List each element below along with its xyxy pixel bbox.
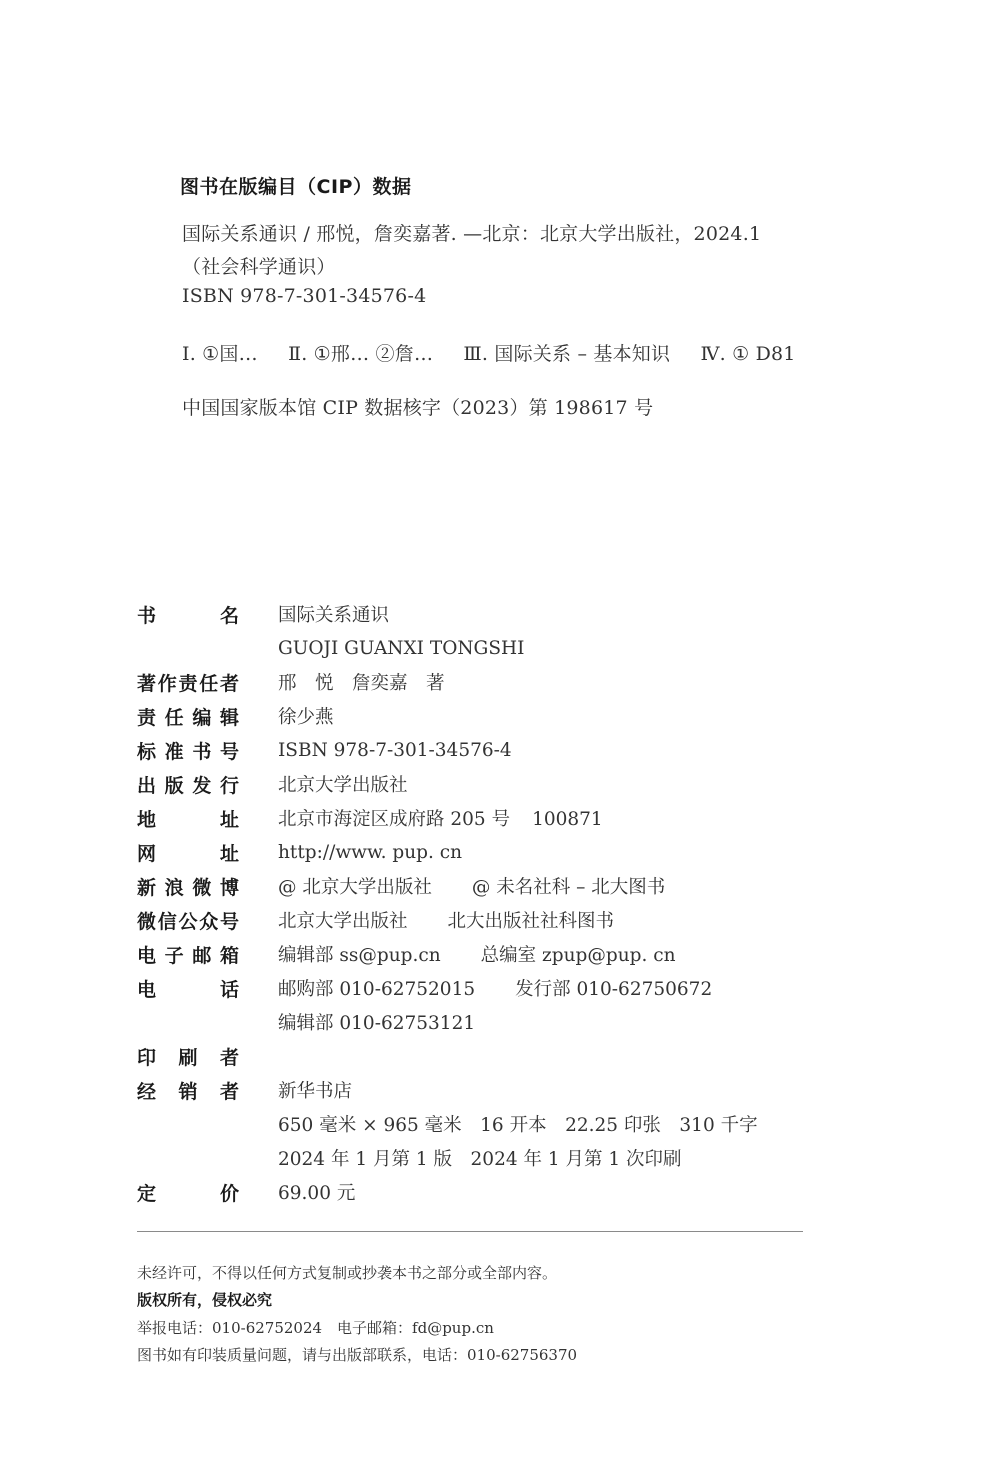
row-printer: 印刷者 (137, 1039, 239, 1073)
cip-number: 中国国家版本馆 CIP 数据核字（2023）第 198617 号 (182, 393, 653, 420)
address-text: 北京市海淀区成府路 205 号 (278, 809, 510, 830)
divider (137, 1231, 803, 1232)
phone-2: 发行部 010-62750672 (515, 979, 712, 1000)
phone-1: 邮购部 010-62752015 (278, 979, 475, 1000)
value-authors: 邢 悦 詹奕嘉 著 (278, 669, 445, 695)
row-specs: 650 毫米 × 965 毫米 16 开本 22.25 印张 310 千字 (137, 1107, 239, 1141)
classification-2: Ⅱ. ①邢… ②詹… (288, 339, 433, 366)
value-book-title-pinyin: GUOJI GUANXI TONGSHI (278, 638, 524, 659)
row-editor: 责任编辑 徐少燕 (137, 699, 239, 733)
value-specs: 650 毫米 × 965 毫米 16 开本 22.25 印张 310 千字 (278, 1111, 758, 1137)
label-editor: 责任编辑 (137, 703, 239, 730)
value-distributor: 新华书店 (278, 1077, 352, 1103)
cip-classification: Ⅰ. ①国… Ⅱ. ①邢… ②詹… Ⅲ. 国际关系 – 基本知识 Ⅳ. ① D8… (182, 339, 796, 366)
cip-isbn: ISBN 978-7-301-34576-4 (182, 285, 426, 307)
classification-3: Ⅲ. 国际关系 – 基本知识 (463, 339, 670, 366)
value-weibo: @ 北京大学出版社@ 未名社科 – 北大图书 (278, 873, 665, 899)
report-contact: 举报电话：010-62752024 电子邮箱：fd@pup.cn (137, 1317, 494, 1338)
row-authors: 著作责任者 邢 悦 詹奕嘉 著 (137, 665, 239, 699)
value-website: http://www. pup. cn (278, 842, 462, 863)
value-email: 编辑部 ss@pup.cn总编室 zpup@pup. cn (278, 941, 676, 967)
rights-notice: 版权所有，侵权必究 (137, 1289, 272, 1310)
value-edition: 2024 年 1 月第 1 版 2024 年 1 月第 1 次印刷 (278, 1145, 682, 1171)
label-distributor: 经销者 (137, 1077, 239, 1104)
row-edition: 2024 年 1 月第 1 版 2024 年 1 月第 1 次印刷 (137, 1141, 239, 1175)
value-book-title: 国际关系通识 (278, 601, 389, 627)
row-price: 定价 69.00 元 (137, 1175, 239, 1209)
value-publisher: 北京大学出版社 (278, 771, 408, 797)
email-1: 编辑部 ss@pup.cn (278, 945, 441, 966)
row-isbn: 标准书号 ISBN 978-7-301-34576-4 (137, 733, 239, 767)
value-isbn: ISBN 978-7-301-34576-4 (278, 740, 512, 761)
label-email: 电子邮箱 (137, 941, 239, 968)
label-phone: 电话 (137, 975, 239, 1002)
copy-warning: 未经许可，不得以任何方式复制或抄袭本书之部分或全部内容。 (137, 1262, 557, 1283)
label-weibo: 新浪微博 (137, 873, 239, 900)
row-book-title-pinyin: GUOJI GUANXI TONGSHI (137, 631, 239, 665)
row-publisher: 出版发行 北京大学出版社 (137, 767, 239, 801)
value-editor: 徐少燕 (278, 703, 334, 729)
row-website: 网址 http://www. pup. cn (137, 835, 239, 869)
cip-catalog-line: 国际关系通识 / 邢悦，詹奕嘉著. —北京：北京大学出版社，2024.1 (182, 219, 761, 246)
value-phone-editorial: 编辑部 010-62753121 (278, 1009, 475, 1035)
wechat-account-2: 北大出版社社科图书 (448, 911, 615, 932)
value-price: 69.00 元 (278, 1179, 355, 1205)
row-phone: 电话 邮购部 010-62752015发行部 010-62750672 (137, 971, 239, 1005)
label-printer: 印刷者 (137, 1043, 239, 1070)
weibo-account-1: @ 北京大学出版社 (278, 877, 432, 898)
label-address: 地址 (137, 805, 239, 832)
value-phone: 邮购部 010-62752015发行部 010-62750672 (278, 975, 712, 1001)
row-book-title: 书名 国际关系通识 (137, 597, 239, 631)
label-publisher: 出版发行 (137, 771, 239, 798)
weibo-account-2: @ 未名社科 – 北大图书 (472, 877, 665, 898)
label-authors: 著作责任者 (137, 669, 239, 696)
row-email: 电子邮箱 编辑部 ss@pup.cn总编室 zpup@pup. cn (137, 937, 239, 971)
row-weibo: 新浪微博 @ 北京大学出版社@ 未名社科 – 北大图书 (137, 869, 239, 903)
row-wechat: 微信公众号 北京大学出版社北大出版社社科图书 (137, 903, 239, 937)
cip-title: 图书在版编目（CIP）数据 (180, 172, 411, 199)
label-wechat: 微信公众号 (137, 907, 239, 934)
postcode: 100871 (532, 809, 603, 830)
wechat-account-1: 北京大学出版社 (278, 911, 408, 932)
value-address: 北京市海淀区成府路 205 号100871 (278, 805, 603, 831)
classification-4: Ⅳ. ① D81 (700, 343, 795, 365)
label-isbn: 标准书号 (137, 737, 239, 764)
cip-series: （社会科学通识） (182, 252, 336, 279)
email-2: 总编室 zpup@pup. cn (481, 945, 676, 966)
label-price: 定价 (137, 1179, 239, 1206)
label-book-title: 书名 (137, 601, 239, 628)
value-wechat: 北京大学出版社北大出版社社科图书 (278, 907, 614, 933)
row-distributor: 经销者 新华书店 (137, 1073, 239, 1107)
quality-contact: 图书如有印装质量问题，请与出版部联系，电话：010-62756370 (137, 1344, 577, 1365)
label-website: 网址 (137, 839, 239, 866)
row-address: 地址 北京市海淀区成府路 205 号100871 (137, 801, 239, 835)
row-phone-2: 编辑部 010-62753121 (137, 1005, 239, 1039)
classification-1: Ⅰ. ①国… (182, 339, 258, 366)
